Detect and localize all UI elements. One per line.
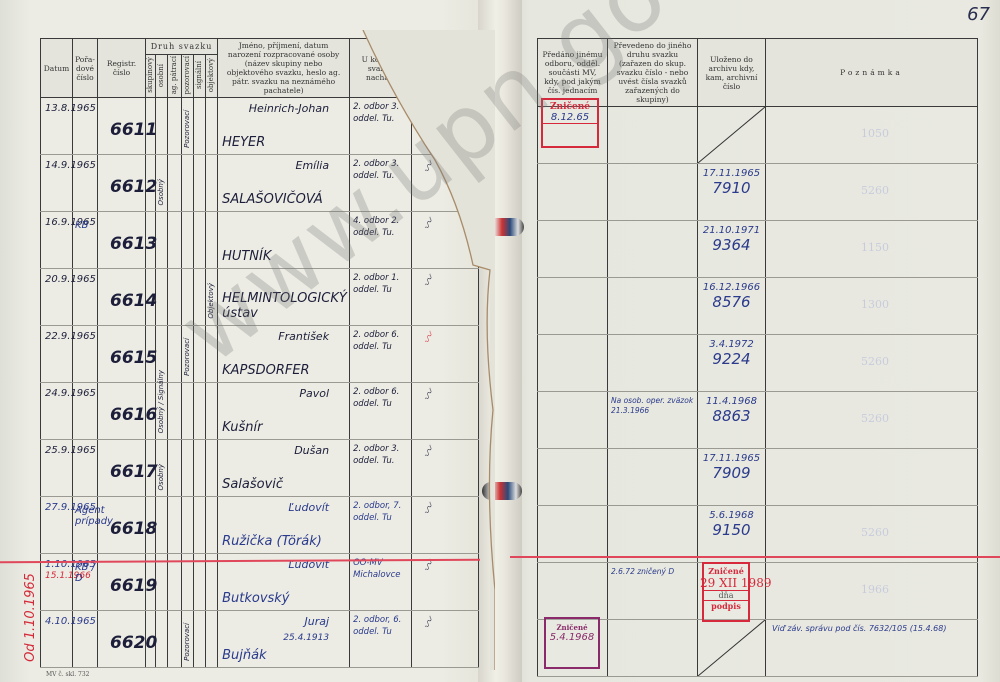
cell-prevedeno	[608, 107, 698, 164]
cell-poradove	[73, 383, 98, 440]
location: 2. odbor, 7. oddel. Tu	[350, 497, 411, 524]
archive-number: 8576	[698, 295, 765, 309]
cell-datum: 13.8.1965	[41, 98, 73, 155]
cell-name: FrantišekKAPSDORFER	[218, 326, 350, 383]
surname: HUTNÍK	[222, 249, 271, 264]
prevedeno-value	[608, 107, 697, 115]
date: 27.9.1965	[41, 497, 72, 514]
druh-value: Osobný	[157, 179, 166, 205]
cell-poradove	[73, 326, 98, 383]
cell-ulozeno: 11.4.19688863	[698, 392, 766, 449]
cell-druh	[156, 212, 168, 269]
archive-number: 9224	[698, 352, 765, 366]
cell-podpis: 〰	[412, 497, 479, 554]
cell-druh	[168, 98, 182, 155]
cell-registr: 6617	[98, 440, 146, 497]
signature: 〰	[418, 500, 438, 518]
cell-podpis: 〰	[412, 269, 479, 326]
prevedeno-value	[608, 449, 697, 457]
poznamka-ghost: 1300	[861, 298, 889, 311]
first-name: Emília	[296, 159, 330, 172]
cell-ulozeno: 21.10.19719364	[698, 221, 766, 278]
table-row: 1050	[538, 107, 978, 164]
cell-druh	[156, 98, 168, 155]
cell-u-koho: 2. odbor 1. oddel. Tu	[350, 269, 412, 326]
cell-poradove	[73, 269, 98, 326]
stamp-podpis: podpis	[704, 600, 748, 611]
archive-entry: 5.6.19689150	[698, 506, 765, 537]
archive-date: 16.12.1966	[703, 282, 760, 293]
header-druh-sub: ag. pátrací	[168, 55, 182, 98]
cell-druh	[168, 497, 182, 554]
cell-name: ĽudovítRužička (Törák)	[218, 497, 350, 554]
table-row: 20.9.19656614ObjektovýHELMINTOLOGICKÝ ús…	[41, 269, 479, 326]
table-row: 3.4.197292245260	[538, 335, 978, 392]
cell-u-koho: 2. odbor 3. oddel. Tu.	[350, 98, 412, 155]
poradove-value	[73, 440, 97, 456]
cell-predano	[538, 563, 608, 620]
header-druh-sub-label: ag. pátrací	[170, 56, 179, 94]
cell-druh	[168, 269, 182, 326]
cell-druh	[194, 326, 206, 383]
binder-ring-bottom	[482, 482, 522, 500]
date: 24.9.1965	[41, 383, 72, 400]
date: 22.9.1965	[41, 326, 72, 343]
first-name: Heinrich-Johan	[249, 102, 329, 115]
cell-prevedeno	[608, 506, 698, 563]
cell-poznamka: Viď záv. správu pod čís. 7632/105 (15.4.…	[766, 620, 978, 677]
cell-registr: 6613	[98, 212, 146, 269]
cell-prevedeno	[608, 278, 698, 335]
cell-prevedeno: 2.6.72 zničený D	[608, 563, 698, 620]
cell-predano	[538, 278, 608, 335]
cell-druh	[194, 212, 206, 269]
margin-note-red: Od 1.10.1965	[23, 573, 38, 662]
cell-predano	[538, 164, 608, 221]
cell-prevedeno: Na osob. oper. zväzok 21.3.1966	[608, 392, 698, 449]
cell-druh	[194, 155, 206, 212]
cell-registr: 6612	[98, 155, 146, 212]
cell-druh	[168, 326, 182, 383]
poznamka-ghost: 5260	[861, 355, 889, 368]
cell-poradove	[73, 155, 98, 212]
prevedeno-value	[608, 221, 697, 229]
table-row: 17.11.196579105260	[538, 164, 978, 221]
poznamka-ghost: 5260	[861, 184, 889, 197]
register-table-left: Datum Pořa-dové číslo Registr. číslo Dru…	[40, 38, 479, 668]
header-registr-cislo: Registr. číslo	[98, 39, 146, 98]
cell-u-koho: 2. odbor 6. oddel. Tu	[350, 383, 412, 440]
cell-name: Juraj25.4.1913Bujňák	[218, 611, 350, 668]
cell-druh	[146, 155, 156, 212]
footer-code: MV č. skl. 732	[46, 671, 89, 678]
archive-entry: 21.10.19719364	[698, 221, 765, 252]
druh-value: Objektový	[207, 283, 216, 319]
cell-name: EmíliaSALAŠOVIČOVÁ	[218, 155, 350, 212]
archive-date: 5.6.1968	[709, 510, 754, 521]
table-row: 4.10.19656620PozorovacíJuraj25.4.1913Buj…	[41, 611, 479, 668]
cell-datum: 27.9.1965	[41, 497, 73, 554]
header-druh-sub-label: skupinový	[146, 57, 155, 93]
date: 25.9.1965	[41, 440, 72, 457]
table-row: 22.9.19656615PozorovacíFrantišekKAPSDORF…	[41, 326, 479, 383]
signature: 〰	[418, 443, 438, 461]
archive-number: 9150	[698, 523, 765, 537]
stamp-title: Zničené	[704, 566, 748, 576]
druh-value: Pozorovací	[183, 623, 192, 661]
archive-number: 9364	[698, 238, 765, 252]
poznamka-ghost: 1150	[861, 241, 889, 254]
cell-druh: Pozorovací	[182, 98, 194, 155]
cell-druh	[206, 326, 218, 383]
cell-u-koho: 4. odbor 2. oddel. Tu.	[350, 212, 412, 269]
cell-podpis: 〰	[412, 326, 479, 383]
header-druh-sub-label: osobní	[157, 64, 166, 87]
cell-u-koho: OO-MV Michalovce	[350, 554, 412, 611]
cell-druh	[182, 497, 194, 554]
location: 2. odbor 1. oddel. Tu	[350, 269, 411, 296]
cell-u-koho: 2. odbor, 6. oddel. Tu	[350, 611, 412, 668]
cell-poradove	[73, 440, 98, 497]
birth-date: 25.4.1913	[283, 633, 329, 643]
cell-prevedeno	[608, 335, 698, 392]
first-name: Juraj	[305, 615, 330, 628]
surname: KAPSDORFER	[222, 363, 310, 378]
table-row: 24.9.19656616Osobný / SignálnyPavolKušní…	[41, 383, 479, 440]
header-druh-sub: skupinový	[146, 55, 156, 98]
cell-ulozeno: 5.6.19689150	[698, 506, 766, 563]
stamp-zniceno-row9: Zničené 29 XII 1989 dňa podpis	[702, 562, 750, 622]
cell-druh	[168, 383, 182, 440]
cell-name: HUTNÍK	[218, 212, 350, 269]
cell-druh	[146, 269, 156, 326]
prevedeno-value: Na osob. oper. zväzok 21.3.1966	[608, 392, 697, 420]
cell-ulozeno: 16.12.19668576	[698, 278, 766, 335]
cell-druh	[182, 383, 194, 440]
cell-poznamka: 1050	[766, 107, 978, 164]
druh-value: Osobný	[157, 464, 166, 490]
stamp-date: 8.12.65	[543, 112, 597, 124]
cell-druh	[146, 212, 156, 269]
cell-predano	[538, 506, 608, 563]
cell-u-koho: 2. odbor 3. oddel. Tu.	[350, 155, 412, 212]
header-druh-sub: pozorovací	[182, 55, 194, 98]
cell-druh	[168, 611, 182, 668]
location: 4. odbor 2. oddel. Tu.	[350, 212, 411, 239]
table-row: 17.11.19657909	[538, 449, 978, 506]
header-poznamka: Poznámka	[766, 39, 978, 107]
cell-poznamka: 1150	[766, 221, 978, 278]
poradove-value	[73, 269, 97, 285]
cell-registr: 6614	[98, 269, 146, 326]
poznamka-ghost: 1050	[861, 127, 889, 140]
header-poradove-cislo: Pořa-dové číslo	[73, 39, 98, 98]
poradove-value: KB	[73, 212, 97, 239]
poradove-value: KB / D	[73, 554, 97, 592]
location: 2. odbor 6. oddel. Tu	[350, 383, 411, 410]
header-prevedeno: Převedeno do jiného druhu svazku (zařaze…	[608, 39, 698, 107]
cell-druh	[206, 497, 218, 554]
cell-datum: 20.9.1965	[41, 269, 73, 326]
date: 20.9.1965	[41, 269, 72, 286]
surname: Salašovič	[222, 477, 283, 492]
header-podpis: Podpis oper. prac., který svazek přijal	[412, 39, 479, 98]
cell-poznamka	[766, 449, 978, 506]
cell-predano	[538, 221, 608, 278]
archive-date: 17.11.1965	[703, 453, 760, 464]
poznamka-ghost: 5260	[861, 526, 889, 539]
cell-datum: 25.9.1965	[41, 440, 73, 497]
cell-druh	[182, 155, 194, 212]
cell-prevedeno	[608, 449, 698, 506]
cell-druh	[206, 212, 218, 269]
header-druh-sub: signální	[194, 55, 206, 98]
cell-druh	[206, 440, 218, 497]
table-row: 16.9.1965KB6613HUTNÍK4. odbor 2. oddel. …	[41, 212, 479, 269]
archive-entry: 17.11.19657910	[698, 164, 765, 195]
cell-druh	[156, 497, 168, 554]
prevedeno-value	[608, 335, 697, 343]
first-name: Ľudovít	[288, 501, 329, 514]
cell-registr: 6618	[98, 497, 146, 554]
druh-value: Pozorovací	[183, 110, 192, 148]
stamp-title: Zničené	[543, 102, 597, 112]
cell-druh	[146, 98, 156, 155]
druh-value: Pozorovací	[183, 338, 192, 376]
poradove-value	[73, 383, 97, 399]
cell-registr: 6615	[98, 326, 146, 383]
signature: 〰	[418, 272, 438, 290]
signature: 〰	[418, 215, 438, 233]
location: OO-MV Michalovce	[350, 554, 411, 581]
cell-druh	[206, 155, 218, 212]
cell-druh	[206, 383, 218, 440]
archive-date: 21.10.1971	[703, 225, 760, 236]
header-jmeno: Jméno, příjmení, datum narození rozpraco…	[218, 39, 350, 98]
table-row: 16.12.196685761300	[538, 278, 978, 335]
signature: 〰	[418, 158, 438, 176]
archive-entry: 3.4.19729224	[698, 335, 765, 366]
signature: 〰	[418, 386, 438, 404]
header-druh-sub-label: pozorovací	[183, 56, 192, 94]
prevedeno-value	[608, 506, 697, 514]
cell-prevedeno	[608, 164, 698, 221]
table-row: Na osob. oper. zväzok 21.3.196611.4.1968…	[538, 392, 978, 449]
cell-ulozeno: 17.11.19657910	[698, 164, 766, 221]
book-gutter	[478, 0, 522, 682]
diagonal-strike	[698, 620, 765, 676]
poradove-value	[73, 155, 97, 171]
cell-podpis: 〰	[412, 155, 479, 212]
header-druh-sub-label: signální	[195, 61, 204, 89]
cell-predano	[538, 335, 608, 392]
archive-number: 7910	[698, 181, 765, 195]
date-red: 15.1.1966	[41, 571, 72, 581]
cell-podpis: 〰	[412, 440, 479, 497]
poradove-value	[73, 98, 97, 114]
table-row: Viď záv. správu pod čís. 7632/105 (15.4.…	[538, 620, 978, 677]
cell-podpis: 〰	[412, 212, 479, 269]
red-underline-right	[510, 556, 1000, 558]
cell-u-koho: 2. odbor 6. oddel. Tu	[350, 326, 412, 383]
surname: HELMINTOLOGICKÝ ústav	[222, 291, 349, 321]
cell-druh	[156, 611, 168, 668]
cell-poradove	[73, 98, 98, 155]
prevedeno-value	[608, 164, 697, 172]
header-druh-sub: osobní	[156, 55, 168, 98]
cell-ulozeno: 3.4.19729224	[698, 335, 766, 392]
stamp-date: 29 XII 1989	[700, 576, 748, 590]
cell-druh	[156, 269, 168, 326]
date: 16.9.1965	[41, 212, 72, 229]
stamp-title: Zničené	[546, 623, 598, 632]
cell-poznamka: 1300	[766, 278, 978, 335]
location: 2. odbor 3. oddel. Tu.	[350, 440, 411, 467]
location: 2. odbor 3. oddel. Tu.	[350, 155, 411, 182]
surname: Kušnír	[222, 420, 262, 435]
surname: Bujňák	[222, 648, 267, 663]
cell-poznamka: 5260	[766, 392, 978, 449]
stamp-purple-row10: Zničené 5.4.1968	[544, 617, 600, 669]
cell-druh	[182, 440, 194, 497]
diagonal-strike	[698, 107, 765, 163]
header-ulozeno: Uloženo do archivu kdy, kam, archivní čí…	[698, 39, 766, 107]
signature: 〰	[418, 329, 438, 347]
cell-predano	[538, 392, 608, 449]
cell-druh	[146, 383, 156, 440]
cell-name: PavolKušnír	[218, 383, 350, 440]
cell-druh	[168, 155, 182, 212]
cell-druh	[194, 497, 206, 554]
prevedeno-value	[608, 620, 697, 628]
cell-u-koho: 2. odbor, 7. oddel. Tu	[350, 497, 412, 554]
cell-druh	[206, 98, 218, 155]
table-row: 2.6.72 zničený D1966	[538, 563, 978, 620]
header-druh-svazku: Druh svazku	[146, 39, 218, 55]
cell-poznamka: 5260	[766, 335, 978, 392]
cell-druh	[206, 611, 218, 668]
cell-druh	[146, 611, 156, 668]
surname: Butkovský	[222, 591, 289, 606]
archive-entry: 11.4.19688863	[698, 392, 765, 423]
cell-datum: 22.9.1965	[41, 326, 73, 383]
cell-druh	[194, 98, 206, 155]
location: 2. odbor 6. oddel. Tu	[350, 326, 411, 353]
date: 4.10.1965	[41, 611, 72, 628]
cell-ulozeno	[698, 107, 766, 164]
cell-druh: Osobný	[156, 155, 168, 212]
table-row: 14.9.19656612OsobnýEmíliaSALAŠOVIČOVÁ2. …	[41, 155, 479, 212]
poznamka-ghost: 5260	[861, 412, 889, 425]
cell-druh: Osobný / Signálny	[156, 383, 168, 440]
cell-name: Heinrich-JohanHEYER	[218, 98, 350, 155]
cell-datum: 4.10.1965	[41, 611, 73, 668]
poznamka-ghost: 1966	[861, 583, 889, 596]
surname: SALAŠOVIČOVÁ	[222, 192, 323, 207]
first-name: Dušan	[294, 444, 329, 457]
cell-druh: Pozorovací	[182, 611, 194, 668]
table-row: 21.10.197193641150	[538, 221, 978, 278]
cell-poradove: Agent prípady	[73, 497, 98, 554]
header-druh-sub-label: objektový	[207, 58, 216, 92]
cell-druh	[146, 440, 156, 497]
surname: HEYER	[222, 135, 265, 150]
stamp-dna: dňa	[704, 590, 748, 600]
stamp-zniceno-row1: Zničené 8.12.65	[541, 98, 599, 148]
cell-podpis: 〰	[412, 98, 479, 155]
cell-druh	[194, 383, 206, 440]
stamp-date: 5.4.1968	[546, 632, 598, 643]
archive-date: 3.4.1972	[709, 339, 754, 350]
prevedeno-value: 2.6.72 zničený D	[608, 563, 697, 581]
date: 13.8.1965	[41, 98, 72, 115]
archive-entry: 17.11.19657909	[698, 449, 765, 480]
header-datum: Datum	[41, 39, 73, 98]
signature: 〰	[418, 614, 438, 632]
cell-druh	[168, 440, 182, 497]
surname: Ružička (Törák)	[222, 534, 322, 549]
archive-number: 8863	[698, 409, 765, 423]
cell-datum: 24.9.1965	[41, 383, 73, 440]
cell-druh	[194, 269, 206, 326]
location: 2. odbor, 6. oddel. Tu	[350, 611, 411, 638]
table-row: 25.9.19656617OsobnýDušanSalašovič2. odbo…	[41, 440, 479, 497]
cell-poznamka: 1966	[766, 563, 978, 620]
cell-prevedeno	[608, 620, 698, 677]
cell-druh: Objektový	[206, 269, 218, 326]
cell-registr: 6611	[98, 98, 146, 155]
cell-poznamka: 5260	[766, 164, 978, 221]
cell-u-koho: 2. odbor 3. oddel. Tu.	[350, 440, 412, 497]
table-row: 13.8.19656611PozorovacíHeinrich-JohanHEY…	[41, 98, 479, 155]
cell-name: DušanSalašovič	[218, 440, 350, 497]
binder-ring-top	[484, 218, 524, 236]
cell-datum: 14.9.1965	[41, 155, 73, 212]
location: 2. odbor 3. oddel. Tu.	[350, 98, 411, 125]
cell-podpis: 〰	[412, 611, 479, 668]
cell-druh	[182, 212, 194, 269]
header-u-koho: U koho se svazek nachází	[350, 39, 412, 98]
cell-registr: 6616	[98, 383, 146, 440]
table-row: 27.9.1965Agent prípady6618ĽudovítRužička…	[41, 497, 479, 554]
cell-druh	[194, 440, 206, 497]
poradove-value	[73, 326, 97, 342]
header-predano: Předáno jinému odboru, odděl. součásti M…	[538, 39, 608, 107]
first-name: Pavol	[299, 387, 329, 400]
header-druh-sub: objektový	[206, 55, 218, 98]
cell-podpis: 〰	[412, 383, 479, 440]
cell-predano	[538, 449, 608, 506]
cell-druh	[168, 212, 182, 269]
poradove-value	[73, 611, 97, 627]
cell-datum: 16.9.1965	[41, 212, 73, 269]
table-row: 5.6.196891505260	[538, 506, 978, 563]
cell-druh	[146, 326, 156, 383]
cell-druh	[146, 497, 156, 554]
archive-date: 11.4.1968	[706, 396, 757, 407]
druh-value: Osobný / Signálny	[157, 370, 166, 433]
cell-druh	[182, 269, 194, 326]
cell-name: HELMINTOLOGICKÝ ústav	[218, 269, 350, 326]
cell-druh: Pozorovací	[182, 326, 194, 383]
cell-druh	[194, 611, 206, 668]
cell-poradove	[73, 611, 98, 668]
cell-druh: Osobný	[156, 440, 168, 497]
archive-number: 7909	[698, 466, 765, 480]
cell-ulozeno	[698, 620, 766, 677]
poradove-value: Agent prípady	[73, 497, 97, 535]
cell-name: ĽudovítButkovský	[218, 554, 350, 611]
